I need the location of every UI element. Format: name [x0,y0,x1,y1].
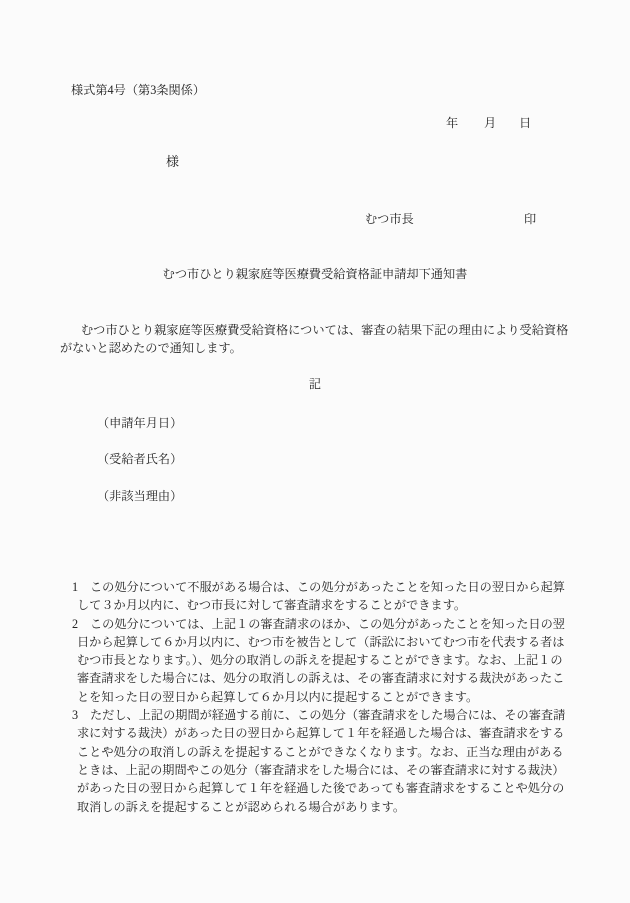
note-text-2: この処分については、上記１の審査請求のほか、この処分があったことを知った日の翌 … [77,617,565,704]
note-number-3: 3 [72,706,90,724]
date-day-label: 日 [519,114,531,132]
document-page: 様式第4号（第3条関係） 年 月 日 様 むつ市長 印 むつ市ひとり親家庭等医療… [0,0,630,903]
ki-marker: 記 [0,375,630,393]
form-number: 様式第4号（第3条関係） [71,81,205,99]
field-application-date: （申請年月日） [97,414,182,432]
field-ineligibility-reason: （非該当理由） [97,487,182,505]
notice-body: むつ市ひとり親家庭等医療費受給資格については、審査の結果下記の理由により受給資格… [60,321,575,358]
note-number-1: 1 [72,578,90,596]
note-item-2: 2この処分については、上記１の審査請求のほか、この処分があったことを知った日の翌… [77,615,577,706]
issuer-name: むつ市長 [365,210,414,228]
appeal-notes: 1この処分について不服がある場合は、この処分があったことを知った日の翌日から起算… [77,578,577,816]
date-year-label: 年 [446,114,458,132]
note-item-1: 1この処分について不服がある場合は、この処分があったことを知った日の翌日から起算… [77,578,577,615]
date-month-label: 月 [484,114,496,132]
field-recipient-name: （受給者氏名） [97,450,182,468]
note-text-1: この処分について不服がある場合は、この処分があったことを知った日の翌日から起算 … [77,580,565,612]
note-item-3: 3ただし、上記の期間が経過する前に、この処分（審査請求をした場合には、その審査請… [77,706,577,816]
addressee-honorific: 様 [166,153,179,171]
seal-placeholder: 印 [524,210,536,228]
document-title: むつ市ひとり親家庭等医療費受給資格証申請却下通知書 [0,265,630,283]
note-number-2: 2 [72,615,90,633]
note-text-3: ただし、上記の期間が経過する前に、この処分（審査請求をした場合には、その審査請 … [77,708,565,813]
